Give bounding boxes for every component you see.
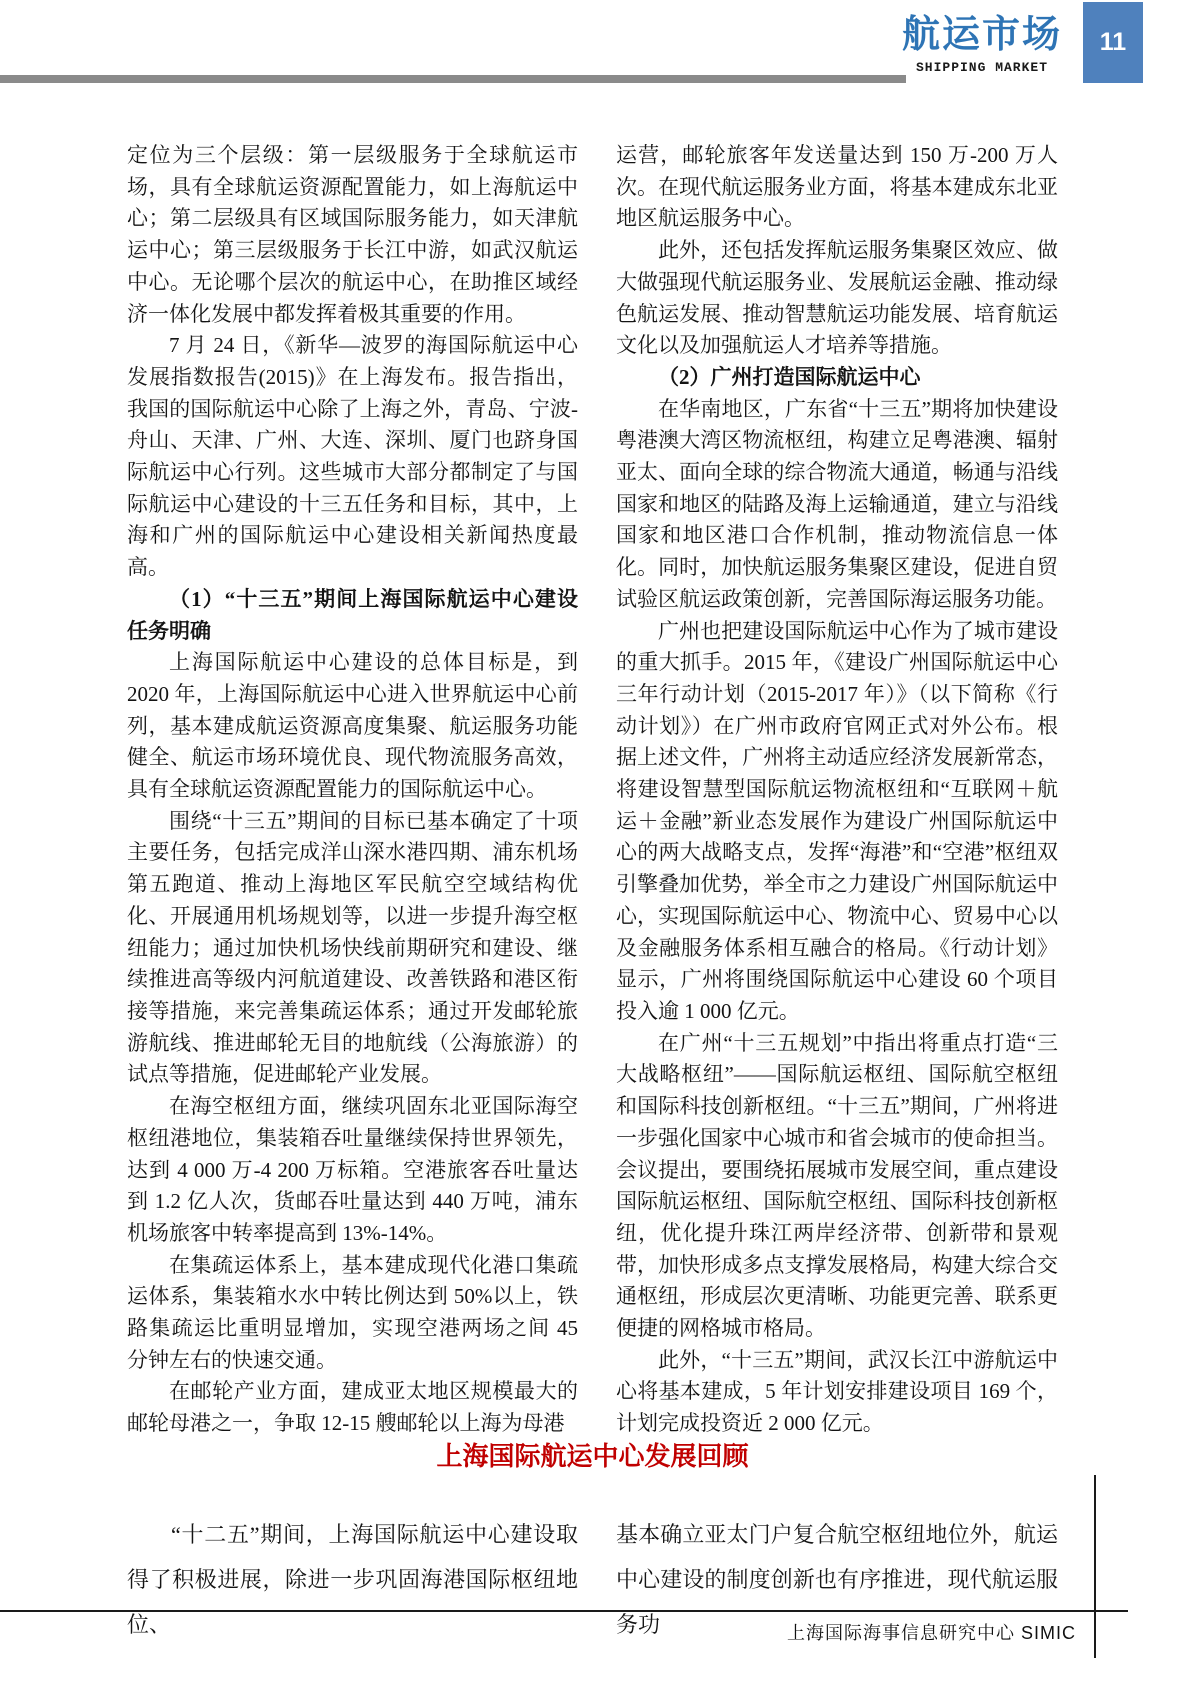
page-number: 11	[1100, 28, 1126, 57]
section-title: 航运市场	[900, 13, 1064, 57]
footer-rule	[0, 1610, 1128, 1612]
review-section-title: 上海国际航运中心发展回顾	[127, 1441, 1058, 1473]
footer-publisher: 上海国际海事信息研究中心 SIMIC	[576, 1621, 1076, 1645]
section-subtitle: SHIPPING MARKET	[900, 60, 1064, 75]
paragraph: 在集疏运体系上，基本建成现代化港口集疏运体系，集装箱水水中转比例达到 50%以上…	[127, 1250, 578, 1377]
page-number-badge: 11	[1083, 2, 1143, 83]
paragraph: 定位为三个层级：第一层级服务于全球航运市场，具有全球航运资源配置能力，如上海航运…	[127, 140, 578, 330]
article-body: 定位为三个层级：第一层级服务于全球航运市场，具有全球航运资源配置能力，如上海航运…	[127, 140, 1058, 1440]
paragraph: “十二五”期间，上海国际航运中心建设取得了积极进展，除进一步巩固海港国际枢纽地位…	[127, 1512, 578, 1647]
paragraph: 围绕“十三五”期间的目标已基本确定了十项主要任务，包括完成洋山深水港四期、浦东机…	[127, 806, 578, 1091]
paragraph: 7 月 24 日，《新华—波罗的海国际航运中心发展指数报告(2015)》在上海发…	[127, 330, 578, 584]
subheading: （1）“十三五”期间上海国际航运中心建设任务明确	[127, 584, 578, 647]
article-column-right: 运营，邮轮旅客年发送量达到 150 万-200 万人次。在现代航运服务业方面，将…	[616, 140, 1058, 1440]
paragraph: 广州也把建设国际航运中心作为了城市建设的重大抓手。2015 年，《建设广州国际航…	[616, 616, 1058, 1028]
paragraph: 在广州“十三五规划”中指出将重点打造“三大战略枢纽”——国际航运枢纽、国际航空枢…	[616, 1028, 1058, 1345]
section-header: 航运市场 SHIPPING MARKET	[900, 13, 1064, 75]
paragraph: 在海空枢纽方面，继续巩固东北亚国际海空枢纽港地位，集装箱吞吐量继续保持世界领先，…	[127, 1091, 578, 1250]
header-divider-bar	[0, 75, 906, 83]
paragraph: 运营，邮轮旅客年发送量达到 150 万-200 万人次。在现代航运服务业方面，将…	[616, 140, 1058, 235]
paragraph: 此外，还包括发挥航运服务集聚区效应、做大做强现代航运服务业、发展航运金融、推动绿…	[616, 235, 1058, 362]
footer-vertical-divider	[1094, 1475, 1096, 1658]
paragraph: 上海国际航运中心建设的总体目标是，到 2020 年，上海国际航运中心进入世界航运…	[127, 647, 578, 806]
review-column-left: “十二五”期间，上海国际航运中心建设取得了积极进展，除进一步巩固海港国际枢纽地位…	[127, 1512, 578, 1647]
paragraph: 在邮轮产业方面，建成亚太地区规模最大的邮轮母港之一，争取 12-15 艘邮轮以上…	[127, 1376, 578, 1439]
magazine-page: 航运市场 SHIPPING MARKET 11 定位为三个层级：第一层级服务于全…	[0, 0, 1200, 1707]
subheading: （2）广州打造国际航运中心	[616, 362, 1058, 394]
paragraph: 在华南地区，广东省“十三五”期将加快建设粤港澳大湾区物流枢纽，构建立足粤港澳、辐…	[616, 394, 1058, 616]
paragraph: 此外，“十三五”期间，武汉长江中游航运中心将基本建成，5 年计划安排建设项目 1…	[616, 1345, 1058, 1440]
article-column-left: 定位为三个层级：第一层级服务于全球航运市场，具有全球航运资源配置能力，如上海航运…	[127, 140, 578, 1440]
